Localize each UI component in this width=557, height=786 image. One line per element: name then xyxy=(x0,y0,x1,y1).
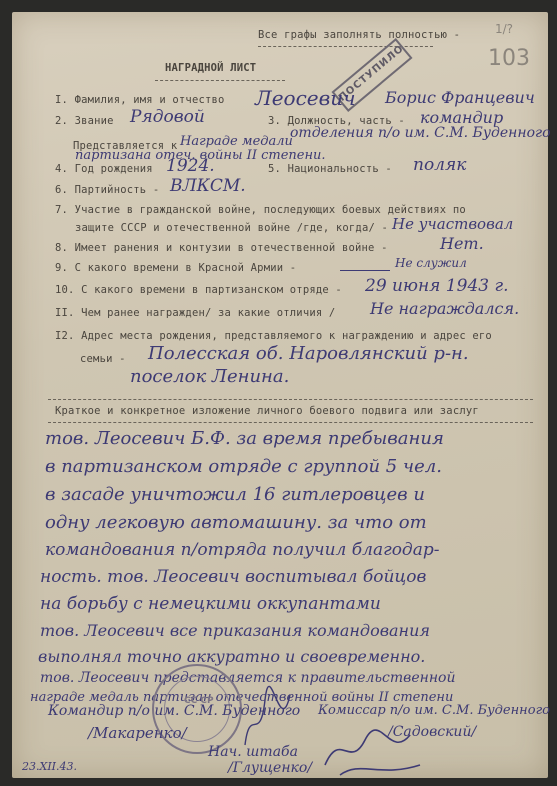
dash-mark xyxy=(340,270,390,271)
field-value-war-participation: Не участвовал xyxy=(392,215,513,233)
field-value-nationality: поляк xyxy=(413,155,466,175)
archive-number: 103 xyxy=(488,46,530,71)
field-label-party: 6. Партийность - xyxy=(55,184,159,196)
feat-line: командования п/отряда получил благодар- xyxy=(45,540,439,560)
instruction-text: Все графы заполнять полностью - xyxy=(258,29,460,41)
feat-line: тов. Леосевич все приказания командовани… xyxy=(40,621,430,640)
field-label-war-participation-cont: защите СССР и отечественной войне /где, … xyxy=(75,222,388,234)
signature-scribble-icon xyxy=(320,720,440,780)
field-label-red-army: 9. С какого времени в Красной Армии - xyxy=(55,262,296,274)
commissar-title: Комиссар п/о им. С.М. Буденного xyxy=(318,703,550,718)
field-label-nationality: 5. Национальность - xyxy=(268,163,392,175)
feat-line: тов. Леосевич Б.Ф. за время пребывания xyxy=(45,428,444,449)
field-value-red-army: Не служил xyxy=(395,256,467,270)
field-label-partisan-since: 10. С какого времени в партизанском отря… xyxy=(55,284,342,296)
field-value-rank: Рядовой xyxy=(130,107,205,127)
pencil-mark: 1/? xyxy=(495,22,513,36)
page-title: НАГРАДНОЙ ЛИСТ xyxy=(165,62,256,74)
field-value-party: ВЛКСМ. xyxy=(170,176,246,196)
feat-line: тов. Леосевич представляется к правитель… xyxy=(40,670,456,686)
chief-of-staff-name: /Глущенко/ xyxy=(228,760,312,776)
feat-line: ность. тов. Леосевич воспитывал бойцов xyxy=(40,567,426,587)
date: 23.XII.43. xyxy=(22,760,77,773)
field-value-wounds: Нет. xyxy=(440,234,484,253)
field-value-birth-year: 1924. xyxy=(166,156,215,176)
field-label-wounds: 8. Имеет ранения и контузии в отечествен… xyxy=(55,242,388,254)
field-label-birth-year: 4. Год рождения xyxy=(55,163,153,175)
field-value-given-names: Борис Францевич xyxy=(385,88,535,107)
divider xyxy=(258,46,433,47)
field-value-address: Полесская об. Наровлянский р-н. xyxy=(148,343,469,364)
field-label-address: I2. Адрес места рождения, представляемог… xyxy=(55,330,492,342)
commander-name: /Макаренко/ xyxy=(88,724,187,742)
feat-line: одну легковую автомашину. за что от xyxy=(45,512,427,533)
field-label-address-cont: семьи - xyxy=(80,353,126,365)
divider xyxy=(155,80,285,81)
feat-heading: Краткое и конкретное изложение личного б… xyxy=(55,405,479,417)
feat-line: в партизанском отряде с группой 5 чел. xyxy=(45,456,442,477)
field-label-name: I. Фамилия, имя и отчество xyxy=(55,94,225,106)
feat-line: в засаде уничтожил 16 гитлеровцев и xyxy=(45,484,425,505)
field-label-rank: 2. Звание xyxy=(55,115,114,127)
divider xyxy=(48,399,533,400)
field-value-address-cont: поселок Ленина. xyxy=(130,366,289,387)
signature-scribble-icon xyxy=(235,685,305,755)
field-value-surname: Леосевич xyxy=(255,86,356,110)
feat-line: на борьбу с немецкими оккупантами xyxy=(40,594,381,614)
feat-line: выполнял точно аккуратно и своевременно. xyxy=(38,647,425,666)
divider xyxy=(48,422,533,423)
field-label-prior-awards: II. Чем ранее награжден/ за какие отличи… xyxy=(55,307,335,319)
field-value-prior-awards: Не награждался. xyxy=(370,299,519,318)
field-value-award: Награде медали xyxy=(180,134,293,149)
field-value-unit: отделения п/о им. С.М. Буденного xyxy=(290,125,551,141)
field-value-partisan-since: 29 июня 1943 г. xyxy=(365,276,508,296)
